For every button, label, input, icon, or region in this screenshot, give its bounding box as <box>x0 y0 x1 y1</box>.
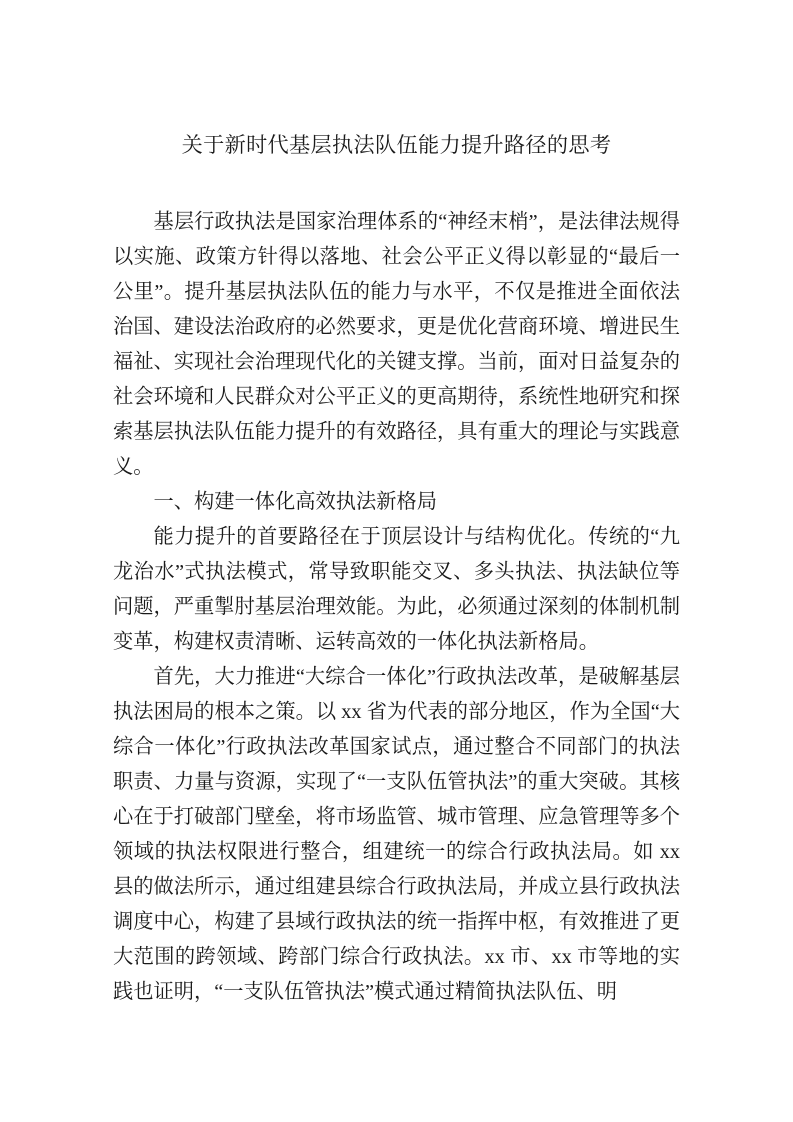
section-heading-1: 一、构建一体化高效执法新格局 <box>113 485 680 520</box>
document-title: 关于新时代基层执法队伍能力提升路径的思考 <box>113 128 680 163</box>
paragraph-section1-reform-detail: 首先，大力推进“大综合一体化”行政执法改革，是破解基层执法困局的根本之策。以 x… <box>113 660 680 1010</box>
document-page: 关于新时代基层执法队伍能力提升路径的思考 基层行政执法是国家治理体系的“神经末梢… <box>0 0 793 1122</box>
paragraph-introduction: 基层行政执法是国家治理体系的“神经末梢”，是法律法规得以实施、政策方针得以落地、… <box>113 205 680 485</box>
paragraph-section1-overview: 能力提升的首要路径在于顶层设计与结构优化。传统的“九龙治水”式执法模式，常导致职… <box>113 520 680 660</box>
